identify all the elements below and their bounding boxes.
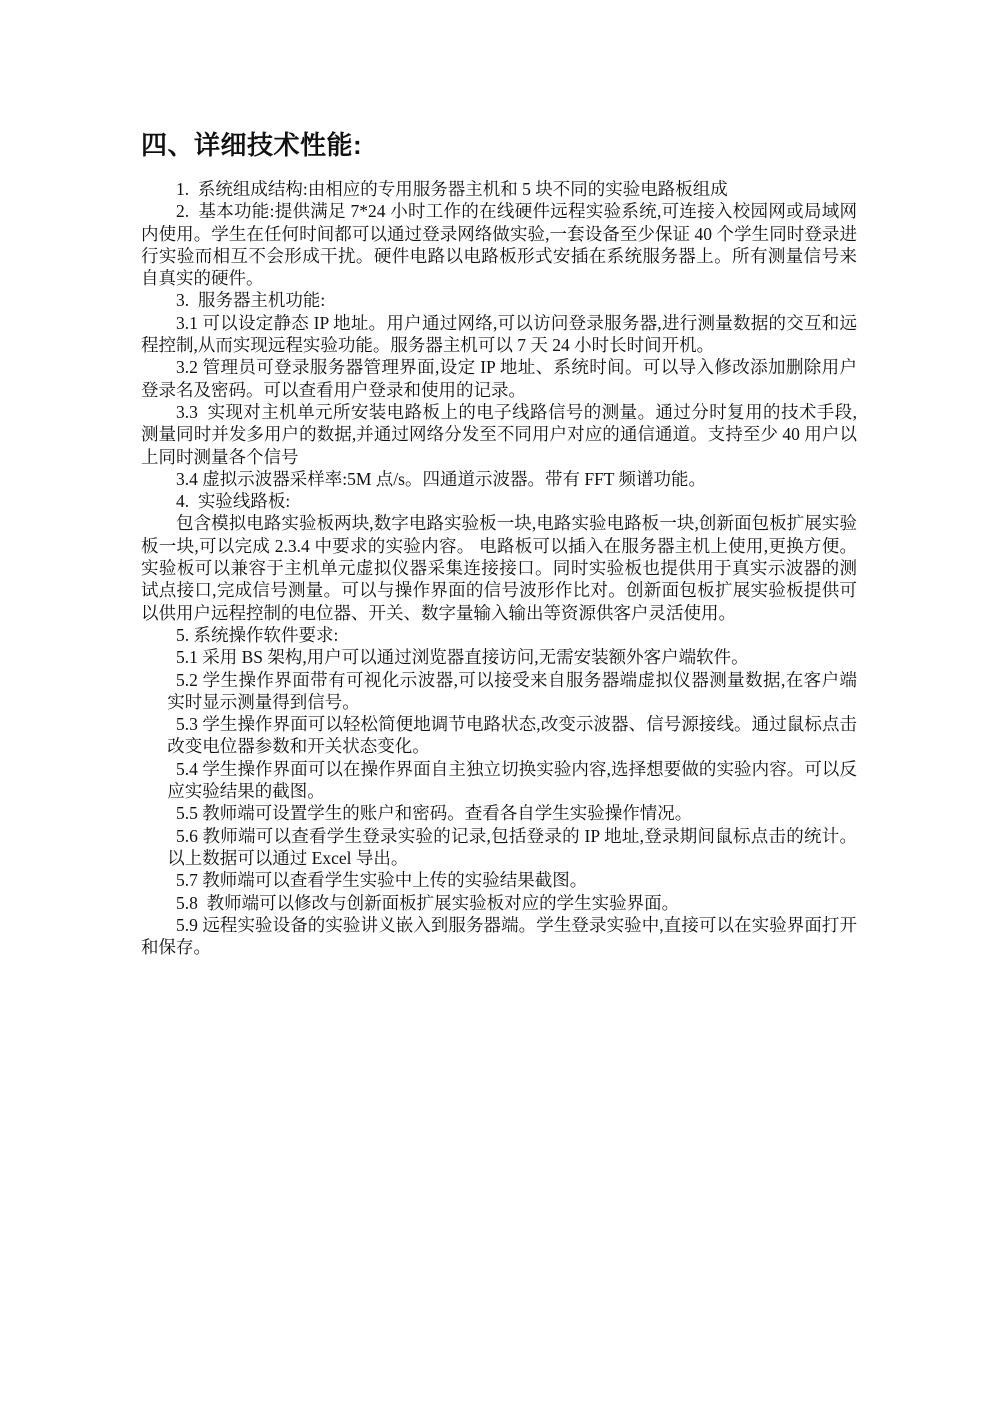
- paragraph-3: 3. 服务器主机功能:: [141, 289, 857, 311]
- page-title: 四、详细技术性能:: [141, 131, 857, 159]
- paragraph-1: 1. 系统组成结构:由相应的专用服务器主机和 5 块不同的实验电路板组成: [141, 178, 857, 200]
- paragraph-11: 5.1 采用 BS 架构,用户可以通过浏览器直接访问,无需安装额外客户端软件。: [167, 646, 857, 668]
- paragraph-17: 5.7 教师端可以查看学生实验中上传的实验结果截图。: [167, 869, 857, 891]
- paragraph-12: 5.2 学生操作界面带有可视化示波器,可以接受来自服务器端虚拟仪器测量数据,在客…: [167, 669, 857, 714]
- document-body: 1. 系统组成结构:由相应的专用服务器主机和 5 块不同的实验电路板组成2. 基…: [141, 178, 857, 958]
- paragraph-14: 5.4 学生操作界面可以在操作界面自主独立切换实验内容,选择想要做的实验内容。可…: [167, 758, 857, 803]
- document-page: 四、详细技术性能: 1. 系统组成结构:由相应的专用服务器主机和 5 块不同的实…: [0, 0, 1000, 1414]
- paragraph-10: 5. 系统操作软件要求:: [167, 624, 857, 646]
- paragraph-4: 3.1 可以设定静态 IP 地址。用户通过网络,可以访问登录服务器,进行测量数据…: [141, 312, 857, 357]
- paragraph-19: 5.9 远程实验设备的实验讲义嵌入到服务器端。学生登录实验中,直接可以在实验界面…: [141, 914, 857, 959]
- paragraph-2: 2. 基本功能:提供满足 7*24 小时工作的在线硬件远程实验系统,可连接入校园…: [141, 200, 857, 289]
- paragraph-6: 3.3 实现对主机单元所安装电路板上的电子线路信号的测量。通过分时复用的技术手段…: [141, 401, 857, 468]
- paragraph-8: 4. 实验线路板:: [141, 490, 857, 512]
- paragraph-7: 3.4 虚拟示波器采样率:5M 点/s。四通道示波器。带有 FFT 频谱功能。: [141, 468, 857, 490]
- paragraph-15: 5.5 教师端可设置学生的账户和密码。查看各自学生实验操作情况。: [167, 802, 857, 824]
- paragraph-18: 5.8 教师端可以修改与创新面板扩展实验板对应的学生实验界面。: [167, 892, 857, 914]
- paragraph-5: 3.2 管理员可登录服务器管理界面,设定 IP 地址、系统时间。可以导入修改添加…: [141, 356, 857, 401]
- paragraph-13: 5.3 学生操作界面可以轻松简便地调节电路状态,改变示波器、信号源接线。通过鼠标…: [167, 713, 857, 758]
- paragraph-16: 5.6 教师端可以查看学生登录实验的记录,包括登录的 IP 地址,登录期间鼠标点…: [167, 825, 857, 870]
- paragraph-9: 包含模拟电路实验板两块,数字电路实验板一块,电路实验电路板一块,创新面包板扩展实…: [141, 512, 857, 623]
